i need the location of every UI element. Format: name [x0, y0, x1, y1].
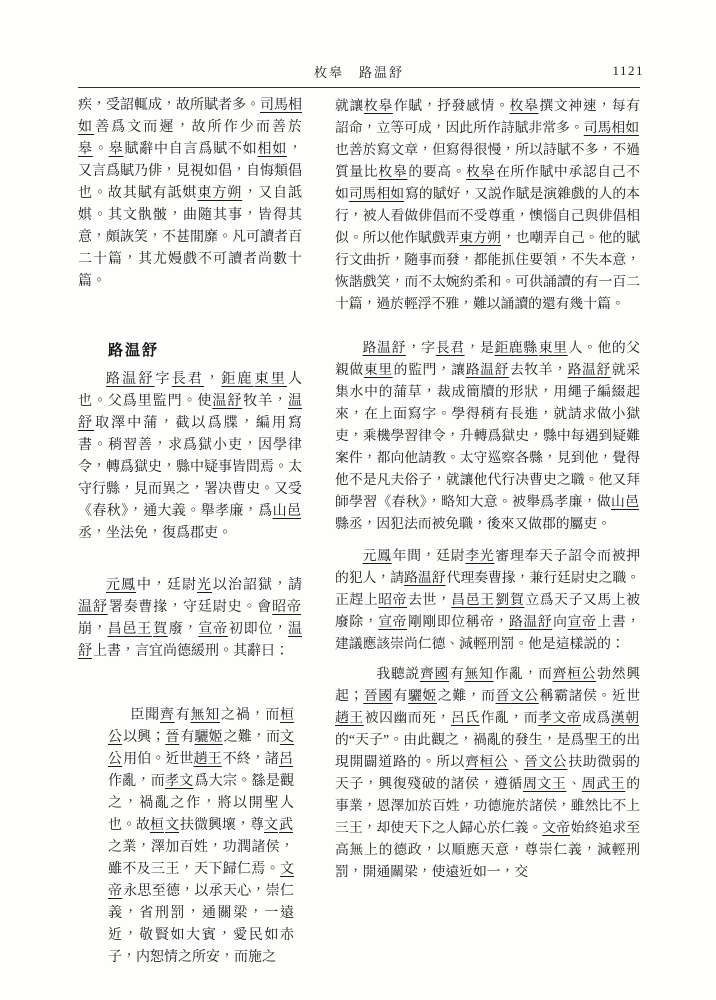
- proper-noun-mark: 呂: [279, 752, 293, 767]
- proper-noun-mark: 昭帝: [378, 592, 407, 607]
- book-page: 枚皋 路温舒 1121 疾，受詔輒成，故所賦者多。司馬相如善爲文而遲，故所作少而…: [0, 0, 716, 1000]
- proper-noun-mark: 路温舒: [363, 340, 406, 355]
- proper-noun-mark: 文: [264, 818, 278, 833]
- proper-noun-mark: 晉文公: [496, 688, 539, 703]
- proper-noun-mark: 昌邑王: [108, 622, 152, 637]
- translation-text-column: 就讓枚皋作賦，抒發感情。枚皋撰文神速，每有詔命，立等可成，因此所作詩賦非常多。司…: [335, 95, 640, 969]
- proper-noun-mark: 漢朝: [611, 710, 639, 725]
- proper-noun-mark: 東里: [539, 340, 568, 355]
- two-column-layout: 疾，受詔輒成，故所賦者多。司馬相如善爲文而遲，故所作少而善於皋。皋賦辭中自言爲賦…: [78, 95, 640, 969]
- running-title: 枚皋 路温舒: [78, 62, 640, 81]
- proper-noun-mark: 鉅鹿縣: [494, 340, 537, 355]
- proper-noun-mark: 昭帝: [272, 600, 301, 615]
- proper-noun-mark: 昌邑王: [451, 592, 494, 607]
- proper-noun-mark: 司馬相如: [349, 186, 404, 201]
- header-divider: [78, 87, 640, 88]
- proper-noun-mark: 齊國: [420, 666, 449, 681]
- proper-noun-mark: 齊桓公: [465, 754, 508, 769]
- proper-noun-mark: 元鳳: [363, 548, 392, 563]
- classical-memorial-quote: 臣聞齊有無知之禍，而桓公以興；晉有驪姬之難，而文公用伯。近世趙王不終，諸呂作亂，…: [108, 705, 294, 969]
- proper-noun-mark: 晉文公: [524, 754, 567, 769]
- proper-noun-mark: 路温舒: [568, 362, 611, 377]
- proper-noun-mark: 無知: [190, 708, 220, 723]
- proper-noun-mark: 李光: [465, 548, 494, 563]
- proper-noun-mark: 周武王: [582, 776, 625, 791]
- proper-noun-mark: 皋: [109, 142, 124, 157]
- proper-noun-mark: 東方朔: [459, 230, 500, 245]
- classical-paragraph-biography: 路温舒字長君，鉅鹿東里人也。父爲里監門。使温舒牧羊，温舒取澤中蒲，截以爲牒，編用…: [78, 369, 302, 545]
- proper-noun-mark: 枚皋: [466, 164, 495, 179]
- proper-noun-mark: 趙王: [194, 752, 222, 767]
- proper-noun-mark: 路温舒: [106, 372, 155, 387]
- proper-noun-mark: 呂氏: [451, 710, 480, 725]
- proper-noun-mark: 光: [197, 578, 212, 593]
- proper-noun-mark: 賀: [153, 622, 168, 637]
- classical-text-column: 疾，受詔輒成，故所賦者多。司馬相如善爲文而遲，故所作少而善於皋。皋賦辭中自言爲賦…: [78, 95, 302, 969]
- proper-noun-mark: 山邑: [273, 504, 301, 519]
- proper-noun-mark: 齊: [160, 708, 175, 723]
- proper-noun-mark: 晉: [165, 730, 179, 745]
- proper-noun-mark: 東里: [364, 362, 393, 377]
- proper-noun-mark: 桓: [150, 818, 164, 833]
- translation-memorial-quote: 我聽説齊國有無知作亂，而齊桓公勃然興起；晉國有驪姬之難，而晉文公稱霸諸侯。近世趙…: [335, 663, 640, 883]
- proper-noun-mark: 武: [279, 818, 293, 833]
- translation-paragraph-biography: 路温舒，字長君，是鉅鹿縣東里人。他的父親做東里的監門，讓路温舒去牧羊，路温舒就采…: [335, 337, 640, 535]
- section-heading-lu-wenshu: 路温舒: [108, 339, 302, 360]
- proper-noun-mark: 枚皋: [378, 164, 407, 179]
- proper-noun-mark: 枚皋: [510, 98, 539, 113]
- proper-noun-mark: 元鳳: [106, 578, 136, 593]
- proper-noun-mark: 周文王: [523, 776, 566, 791]
- proper-noun-mark: 驪姬: [195, 730, 223, 745]
- proper-noun-mark: 宣帝: [198, 622, 228, 637]
- proper-noun-mark: 温舒: [78, 600, 108, 615]
- translation-paragraph-continuation: 就讓枚皋作賦，抒發感情。枚皋撰文神速，每有詔命，立等可成，因此所作詩賦非常多。司…: [335, 95, 640, 315]
- proper-noun-mark: 山邑: [611, 494, 639, 509]
- page-header: 枚皋 路温舒 1121: [78, 62, 640, 84]
- proper-noun-mark: 東里: [255, 372, 287, 387]
- proper-noun-mark: 文: [165, 818, 179, 833]
- classical-paragraph-continuation: 疾，受詔輒成，故所賦者多。司馬相如善爲文而遲，故所作少而善於皋。皋賦辭中自言爲賦…: [78, 95, 302, 293]
- proper-noun-mark: 東方朔: [197, 186, 242, 201]
- proper-noun-mark: 皋: [78, 142, 93, 157]
- proper-noun-mark: 司馬相如: [584, 120, 639, 135]
- proper-noun-mark: 温舒: [212, 394, 242, 409]
- page-number: 1121: [612, 63, 644, 79]
- proper-noun-mark: 劉賀: [496, 592, 525, 607]
- proper-noun-mark: 齊桓公: [553, 666, 597, 681]
- classical-paragraph-yuanfeng: 元鳳中，廷尉光以治詔獄，請温舒署奏曹掾，守廷尉史。會昭帝崩，昌邑王賀廢，宣帝初即…: [78, 575, 302, 663]
- proper-noun-mark: 趙王: [335, 710, 364, 725]
- proper-noun-mark: 晉國: [363, 688, 392, 703]
- proper-noun-mark: 驪姬: [408, 688, 437, 703]
- proper-noun-mark: 路温舒: [466, 362, 509, 377]
- proper-noun-mark: 宣帝: [378, 614, 407, 629]
- proper-noun-mark: 相如: [257, 142, 287, 157]
- proper-noun-mark: 枚皋: [364, 98, 393, 113]
- proper-noun-mark: 無知: [465, 666, 494, 681]
- proper-noun-mark: 路温舒: [509, 614, 552, 629]
- proper-noun-mark: 長君: [172, 372, 204, 387]
- proper-noun-mark: 文帝: [542, 820, 570, 835]
- proper-noun-mark: 長君: [436, 340, 465, 355]
- proper-noun-mark: 宣帝: [568, 614, 597, 629]
- proper-noun-mark: 孝文: [165, 774, 194, 789]
- proper-noun-mark: 孝文帝: [538, 710, 581, 725]
- proper-noun-mark: 路温舒: [404, 570, 445, 585]
- proper-noun-mark: 鉅鹿: [221, 372, 253, 387]
- translation-paragraph-yuanfeng: 元鳳年間，廷尉李光審理奉天子詔令而被押的犯人，請路温舒代理奏曹掾，兼行廷尉史之職…: [335, 545, 640, 655]
